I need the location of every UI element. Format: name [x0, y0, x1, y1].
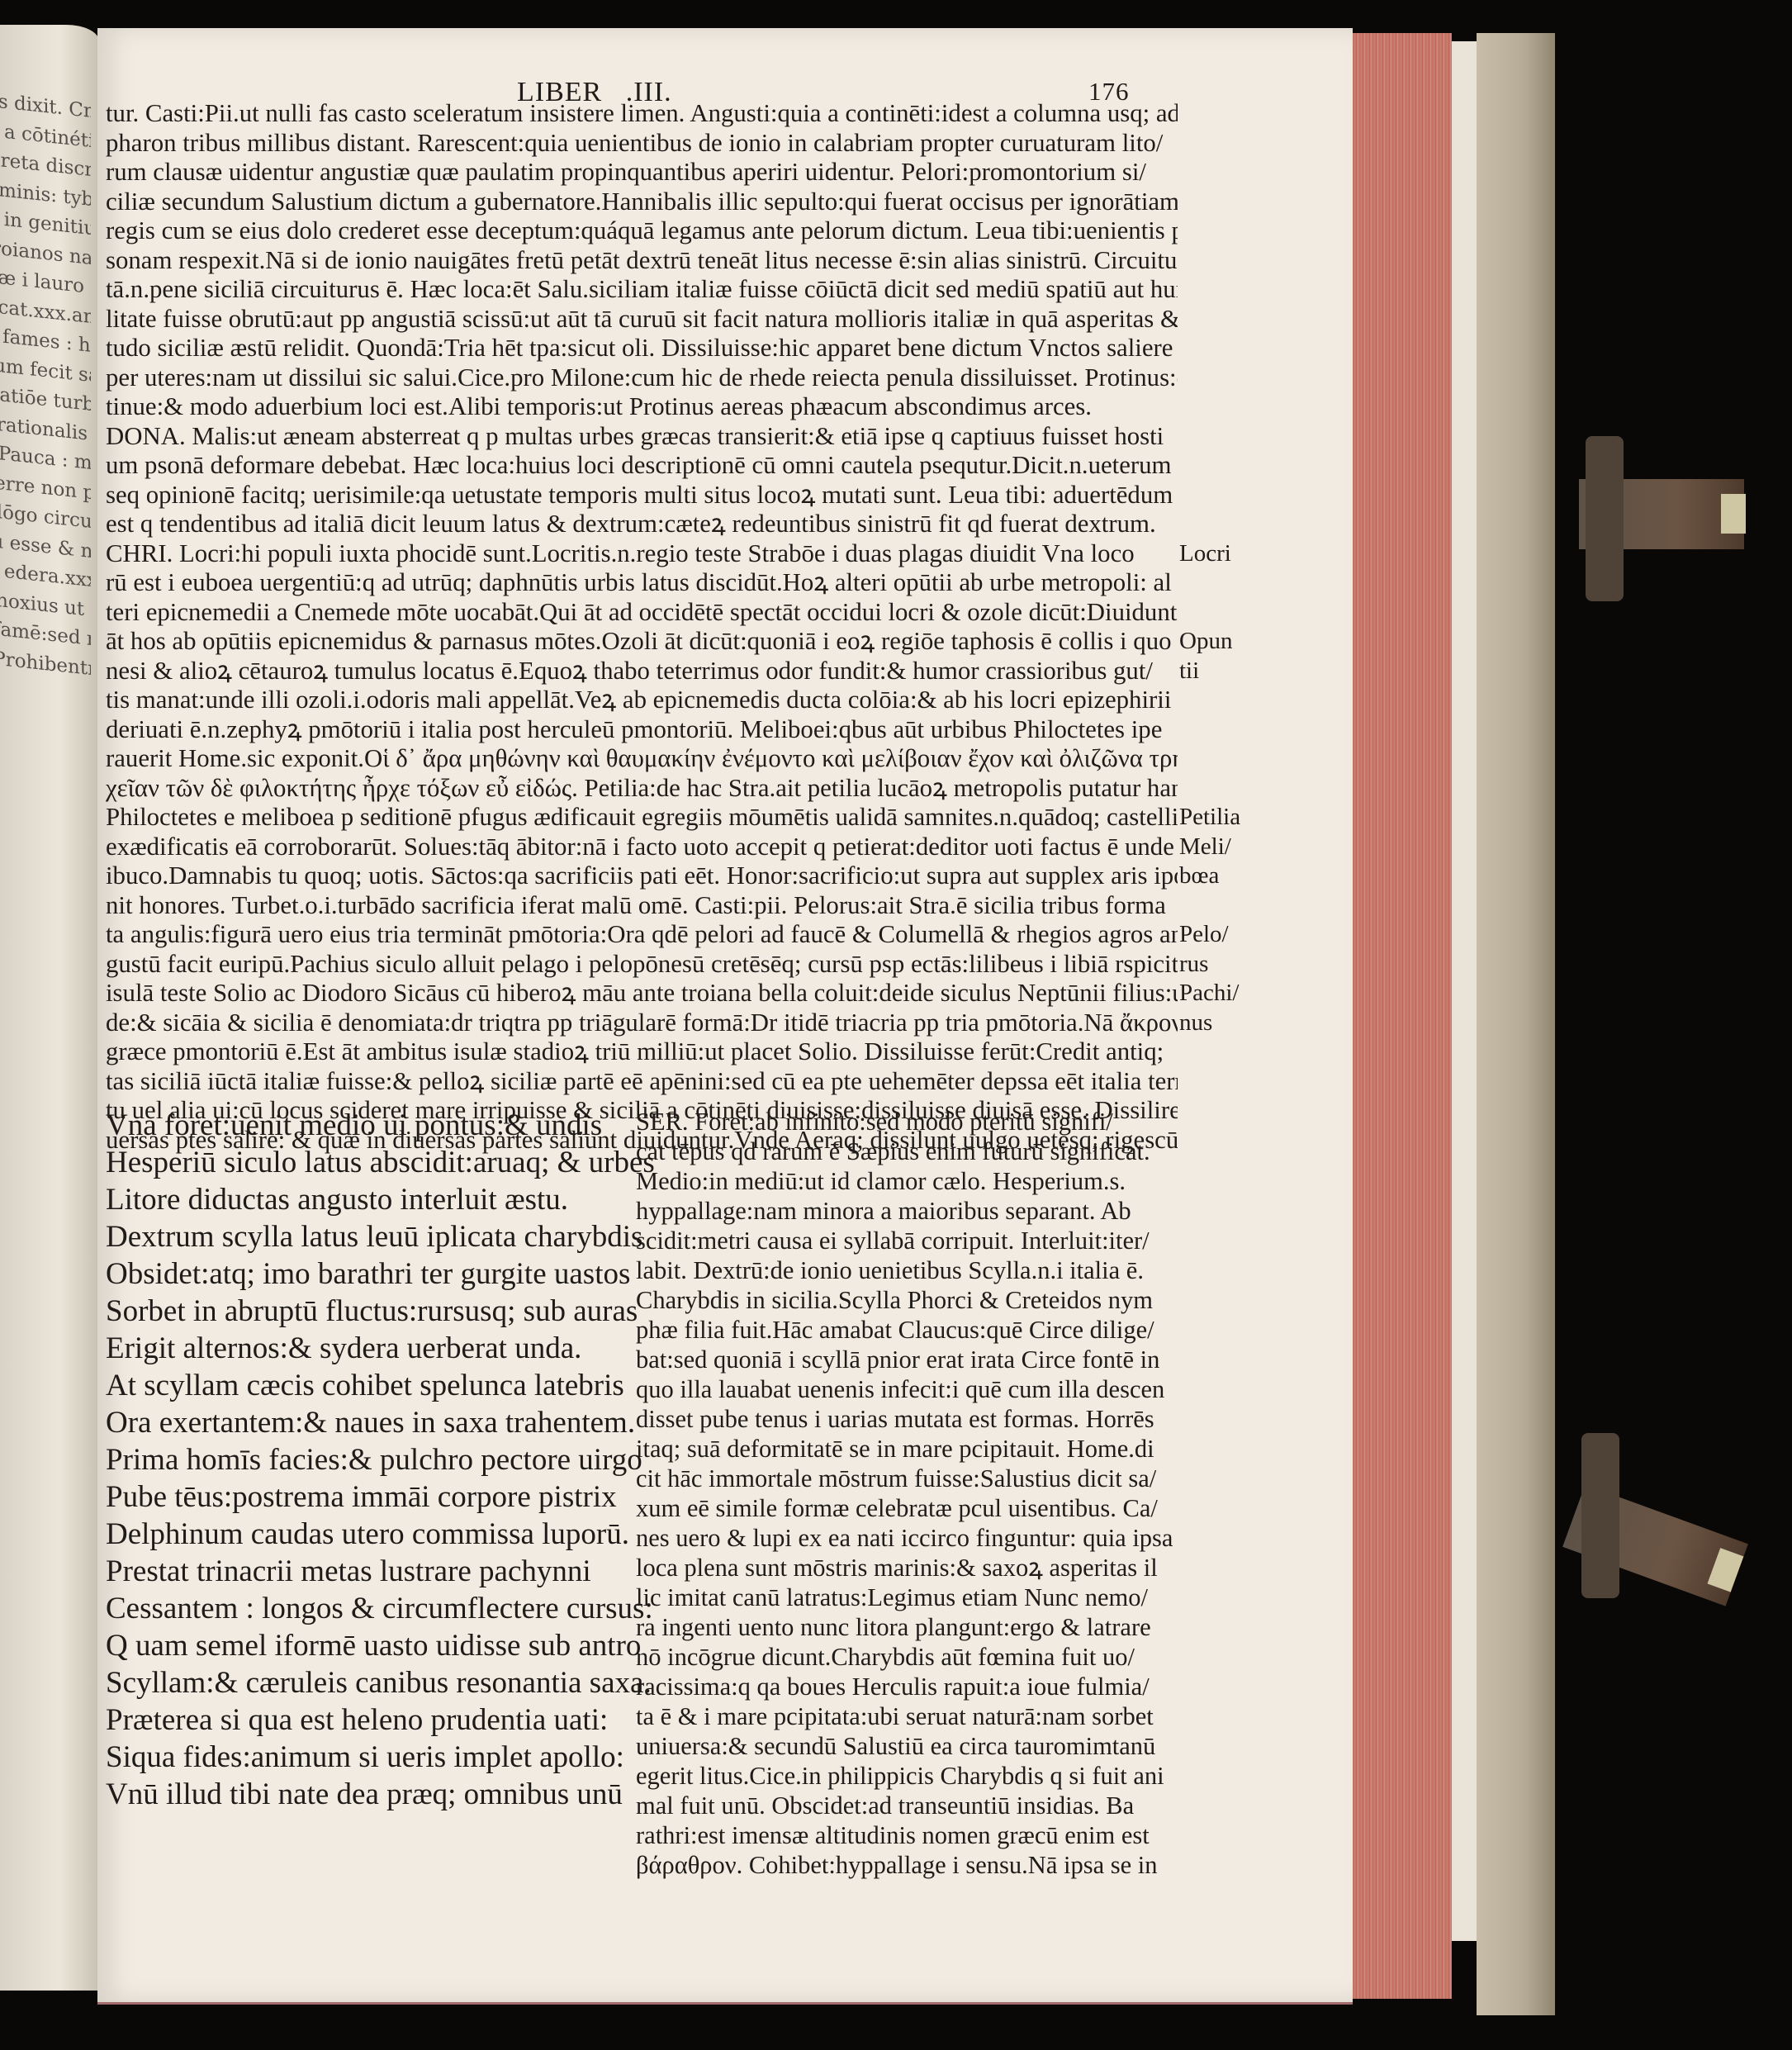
red-page-edges	[1353, 33, 1452, 1999]
verse-line: Scyllam:& cæruleis canibus resonantia sa…	[106, 1664, 630, 1701]
commentary-line: Philoctetes e meliboea p seditionē pfugu…	[106, 803, 1178, 833]
commentary-line: sonam respexit.Nā si de ionio nauigātes …	[106, 246, 1178, 276]
commentary-line: deriuati ē.n.zephyꝝ pmōtoriū i italia po…	[106, 715, 1178, 745]
commentary-line: DONA. Malis:ut æneam absterreat q p mult…	[106, 422, 1178, 452]
commentary-line: egerit litus.Cice.in philippicis Charybd…	[636, 1761, 1173, 1791]
commentary-line: tinue:& modo aduerbium loci est.Alibi te…	[106, 392, 1178, 422]
commentary-line: tas siciliā iūctā italiæ fuisse:& pelloꝝ…	[106, 1067, 1178, 1097]
commentary-line: ra ingenti uento nunc litora plangunt:er…	[636, 1612, 1173, 1642]
verse-line: Vna foret:uenit medio ui pontus:& undis	[106, 1107, 630, 1144]
verse-line: Præterea si qua est heleno prudentia uat…	[106, 1701, 630, 1739]
commentary-line: phæ filia fuit.Hāc amabat Claucus:quē Ci…	[636, 1315, 1173, 1345]
commentary-line: cat tēpus qd rarum ē Sæpius enim futurū …	[636, 1137, 1173, 1166]
commentary-line: rū est i euboea uergentiū:q ad utrūq; da…	[106, 568, 1178, 598]
commentary-line: tur. Casti:Pii.ut nulli fas casto sceler…	[106, 99, 1178, 129]
commentary-line: āt hos ab opūtiis epicnemidus & parnasus…	[106, 627, 1178, 657]
marginal-note: Meli/	[1179, 833, 1231, 862]
commentary-line: ibuco.Damnabis tu quoq; uotis. Sāctos:qa…	[106, 861, 1178, 891]
verse-line: Siqua fides:animum si ueris implet apoll…	[106, 1739, 630, 1776]
commentary-line: græce pmontoriū ē.Est āt ambitus isulæ s…	[106, 1037, 1178, 1067]
commentary-line: gustū facit euripū.Pachius siculo alluit…	[106, 950, 1178, 980]
commentary-line: exædificatis eā corroborarūt. Solues:tāq…	[106, 833, 1178, 862]
commentary-line: racissima:q qa boues Herculis rapuit:a i…	[636, 1672, 1173, 1701]
commentary-line: est q tendentibus ad italiā dicit leuum …	[106, 510, 1178, 539]
commentary-line: um psonā deformare debebat. Hæc loca:hui…	[106, 451, 1178, 481]
commentary-block-top: tur. Casti:Pii.ut nulli fas casto sceler…	[106, 99, 1178, 1155]
clasp-catch	[1721, 494, 1746, 534]
commentary-line: ta ē & i mare pcipitata:ubi seruat natur…	[636, 1701, 1173, 1731]
verse-line: Erigit alternos:& sydera uerberat unda.	[106, 1330, 630, 1367]
commentary-line: cit hāc immortale mōstrum fuisse:Salusti…	[636, 1464, 1173, 1493]
commentary-line: Charybdis in sicilia.Scylla Phorci & Cre…	[636, 1285, 1173, 1315]
commentary-line: nō incōgrue dicunt.Charybdis aūt fœmina …	[636, 1642, 1173, 1672]
commentary-line: teri epicnemedii a Cnemede mōte uocabāt.…	[106, 598, 1178, 628]
commentary-line: tā.n.pene siciliā circuiturus ē. Hæc loc…	[106, 275, 1178, 305]
commentary-line: uniuersa:& secundū Salustiū ea circa tau…	[636, 1731, 1173, 1761]
verse-line: Pube tēus:postrema immāi corpore pistrix	[106, 1478, 630, 1516]
verse-line: Delphinum caudas utero commissa luporū.	[106, 1516, 630, 1553]
verse-line: Dextrum scylla latus leuū iplicata chary…	[106, 1218, 630, 1255]
commentary-line: nes uero & lupi ex ea nati iccirco fingu…	[636, 1523, 1173, 1553]
verse-line: Q uam semel iformē uasto uidisse sub ant…	[106, 1627, 630, 1664]
commentary-line: nesi & alioꝝ cētauroꝝ tumulus locatus ē.…	[106, 657, 1178, 686]
commentary-line: mal fuit unū. Obscidet:ad transeuntiū in…	[636, 1791, 1173, 1820]
commentary-line: xum eē simile formæ celebratæ pcul uisen…	[636, 1493, 1173, 1523]
marginal-note: rus	[1179, 950, 1208, 980]
commentary-line: ciliæ secundum Salustium dictum a gubern…	[106, 187, 1178, 217]
aeneid-verse-column: Vna foret:uenit medio ui pontus:& undisH…	[106, 1107, 630, 1813]
vellum-binding	[1477, 33, 1555, 2015]
verse-line: Vnū illud tibi nate dea præq; omnibus un…	[106, 1776, 630, 1813]
endpaper-edge	[1452, 41, 1477, 1941]
commentary-line: χεῖαν τῶν δὲ φιλοκτήτης ἦρχε τόξων εὖ εἰ…	[106, 774, 1178, 804]
verse-line: Ora exertantem:& naues in saxa trahentem…	[106, 1404, 630, 1441]
upper-clasp-tab	[1586, 436, 1624, 601]
verse-line: At scyllam cæcis cohibet spelunca latebr…	[106, 1367, 630, 1404]
commentary-line: ta angulis:figurā uero eius tria terminā…	[106, 920, 1178, 950]
commentary-line: CHRI. Locri:hi populi iuxta phocidē sunt…	[106, 539, 1178, 569]
verse-line: Prestat trinacrii metas lustrare pachynn…	[106, 1553, 630, 1590]
commentary-line: regis cum se eius dolo crederet esse dec…	[106, 216, 1178, 246]
commentary-line: bat:sed quoniā i scyllā pnior erat irata…	[636, 1345, 1173, 1374]
marginal-note: Pachi/	[1179, 979, 1240, 1008]
commentary-line: rauerit Home.sic exponit.Οἱ δ᾽ ἄρα μηθών…	[106, 744, 1178, 774]
commentary-line: de:& sicāia & sicilia ē denomiata:dr tri…	[106, 1008, 1178, 1038]
marginal-note: bœa	[1179, 861, 1219, 891]
commentary-line: itaq; suā deformitatē se in mare pcipita…	[636, 1434, 1173, 1464]
commentary-line: Medio:in mediū:ut id clamor cælo. Hesper…	[636, 1166, 1173, 1196]
commentary-block-right: SER. Foret:ab infinito:sed modo pteritū …	[636, 1107, 1173, 1880]
marginal-note: nus	[1179, 1008, 1212, 1038]
marginal-note: Locri	[1179, 539, 1231, 569]
commentary-line: labit. Dextrū:de ionio uenietibus Scylla…	[636, 1255, 1173, 1285]
commentary-line: hyppallage:nam minora a maioribus separa…	[636, 1196, 1173, 1226]
commentary-line: quo illa lauabat uenenis infecit:i quē c…	[636, 1374, 1173, 1404]
commentary-line: rathri:est imensæ altitudinis nomen græc…	[636, 1820, 1173, 1850]
commentary-line: seq opinionē facitq; uerisimile:qa uetus…	[106, 481, 1178, 510]
commentary-line: nit honores. Turbet.o.i.turbādo sacrific…	[106, 891, 1178, 921]
facing-page-text: tnos dixit. Cnusbat a cōtinéti. Aeza& cr…	[0, 84, 91, 684]
commentary-line: tudo siciliæ æstū relidit. Quondā:Tria h…	[106, 334, 1178, 363]
commentary-line: rum clausæ uidentur angustiæ quæ paulati…	[106, 158, 1178, 187]
verse-line: Cessantem : longos & circumflectere curs…	[106, 1590, 630, 1627]
commentary-line: lic imitat canū latratus:Legimus etiam N…	[636, 1583, 1173, 1612]
commentary-line: tis manat:unde illi ozoli.i.odoris mali …	[106, 686, 1178, 715]
commentary-line: disset pube tenus i uarias mutata est fo…	[636, 1404, 1173, 1434]
commentary-line: scidit:metri causa ei syllabā corripuit.…	[636, 1226, 1173, 1255]
verse-line: Obsidet:atq; imo barathri ter gurgite ua…	[106, 1255, 630, 1293]
commentary-line: pharon tribus millibus distant. Rarescen…	[106, 129, 1178, 159]
marginal-note: Pelo/	[1179, 920, 1229, 950]
lower-clasp-tab	[1581, 1433, 1619, 1598]
commentary-line: per uteres:nam ut dissilui sic salui.Cic…	[106, 363, 1178, 393]
verse-line: Hesperiū siculo latus abscidit:aruaq; & …	[106, 1144, 630, 1181]
commentary-line: litate fuisse obrutū:aut pp angustiā sci…	[106, 305, 1178, 335]
commentary-line: isulā teste Solio ac Diodoro Sicāus cū h…	[106, 979, 1178, 1008]
verse-line: Litore diductas angusto interluit æstu.	[106, 1181, 630, 1218]
facing-page-left: tnos dixit. Cnusbat a cōtinéti. Aeza& cr…	[0, 25, 99, 1991]
commentary-line: βάραθρον. Cohibet:hyppallage i sensu.Nā …	[636, 1850, 1173, 1880]
commentary-line: SER. Foret:ab infinito:sed modo pteritū …	[636, 1107, 1173, 1137]
verse-line: Prima homīs facies:& pulchro pectore uir…	[106, 1441, 630, 1478]
marginal-note: Opun	[1179, 627, 1232, 657]
marginal-note: tii	[1179, 657, 1199, 686]
commentary-line: loca plena sunt mōstris marinis:& saxoꝝ …	[636, 1553, 1173, 1583]
verse-line: Sorbet in abruptū fluctus:rursusq; sub a…	[106, 1293, 630, 1330]
marginal-note: Petilia	[1179, 803, 1240, 833]
